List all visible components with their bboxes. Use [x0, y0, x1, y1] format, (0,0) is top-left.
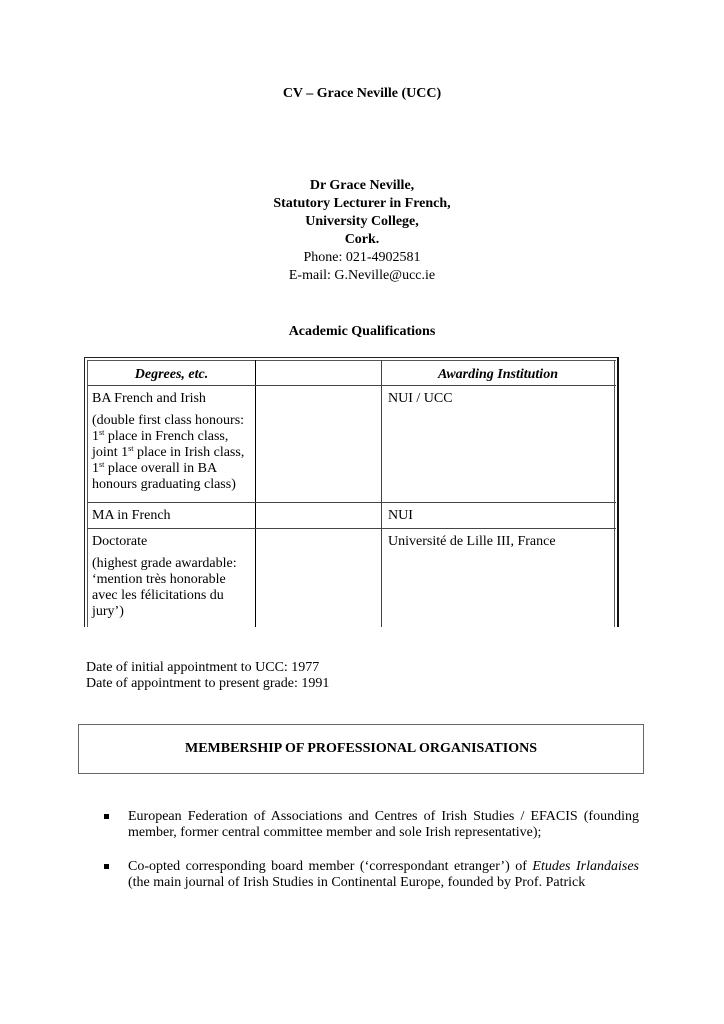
qualifications-table: Degrees, etc. Awarding Institution BA Fr…	[84, 357, 619, 627]
table-border	[617, 357, 619, 627]
contact-block: Dr Grace Neville, Statutory Lecturer in …	[0, 177, 724, 285]
table-border	[84, 357, 619, 358]
row-divider	[87, 502, 616, 503]
institution-cell: Université de Lille III, France	[388, 534, 613, 550]
present-appointment: Date of appointment to present grade: 19…	[86, 676, 329, 692]
degree-details: (double first class honours: 1st place i…	[92, 413, 254, 493]
membership-list: European Federation of Associations and …	[104, 809, 639, 909]
institution-cell: NUI / UCC	[388, 391, 613, 407]
contact-city: Cork.	[0, 231, 724, 249]
table-border	[87, 360, 88, 627]
bullet-square-icon	[104, 864, 109, 869]
row-divider	[87, 528, 616, 529]
contact-institution: University College,	[0, 213, 724, 231]
table-row: BA French and Irish (double first class …	[92, 391, 254, 493]
list-item: Co-opted corresponding board member (‘co…	[104, 859, 639, 891]
column-header-degrees: Degrees, etc.	[88, 367, 255, 383]
degree-name: MA in French	[92, 508, 254, 524]
institution-cell: NUI	[388, 508, 613, 524]
degree-name: Doctorate	[92, 534, 254, 550]
row-divider	[87, 385, 616, 386]
contact-position: Statutory Lecturer in French,	[0, 195, 724, 213]
initial-appointment: Date of initial appointment to UCC: 1977	[86, 660, 329, 676]
qualifications-heading: Academic Qualifications	[0, 324, 724, 340]
table-border	[87, 360, 616, 361]
degree-name: BA French and Irish	[92, 391, 254, 407]
document-title: CV – Grace Neville (UCC)	[0, 86, 724, 102]
table-row: Doctorate (highest grade awardable: ‘men…	[92, 534, 254, 620]
contact-phone: Phone: 021-4902581	[0, 249, 724, 267]
table-border	[84, 357, 85, 627]
list-item: European Federation of Associations and …	[104, 809, 639, 841]
contact-email: E-mail: G.Neville@ucc.ie	[0, 267, 724, 285]
bullet-square-icon	[104, 814, 109, 819]
column-divider	[255, 360, 256, 627]
membership-heading-box: MEMBERSHIP OF PROFESSIONAL ORGANISATIONS	[78, 724, 644, 774]
table-border	[614, 360, 615, 627]
contact-name: Dr Grace Neville,	[0, 177, 724, 195]
column-divider	[381, 360, 382, 627]
column-header-institution: Awarding Institution	[382, 367, 614, 383]
degree-details: (highest grade awardable: ‘mention très …	[92, 556, 254, 620]
membership-heading: MEMBERSHIP OF PROFESSIONAL ORGANISATIONS	[185, 741, 537, 757]
appointment-dates: Date of initial appointment to UCC: 1977…	[86, 660, 329, 692]
journal-title: Etudes Irlandaises	[532, 859, 639, 874]
